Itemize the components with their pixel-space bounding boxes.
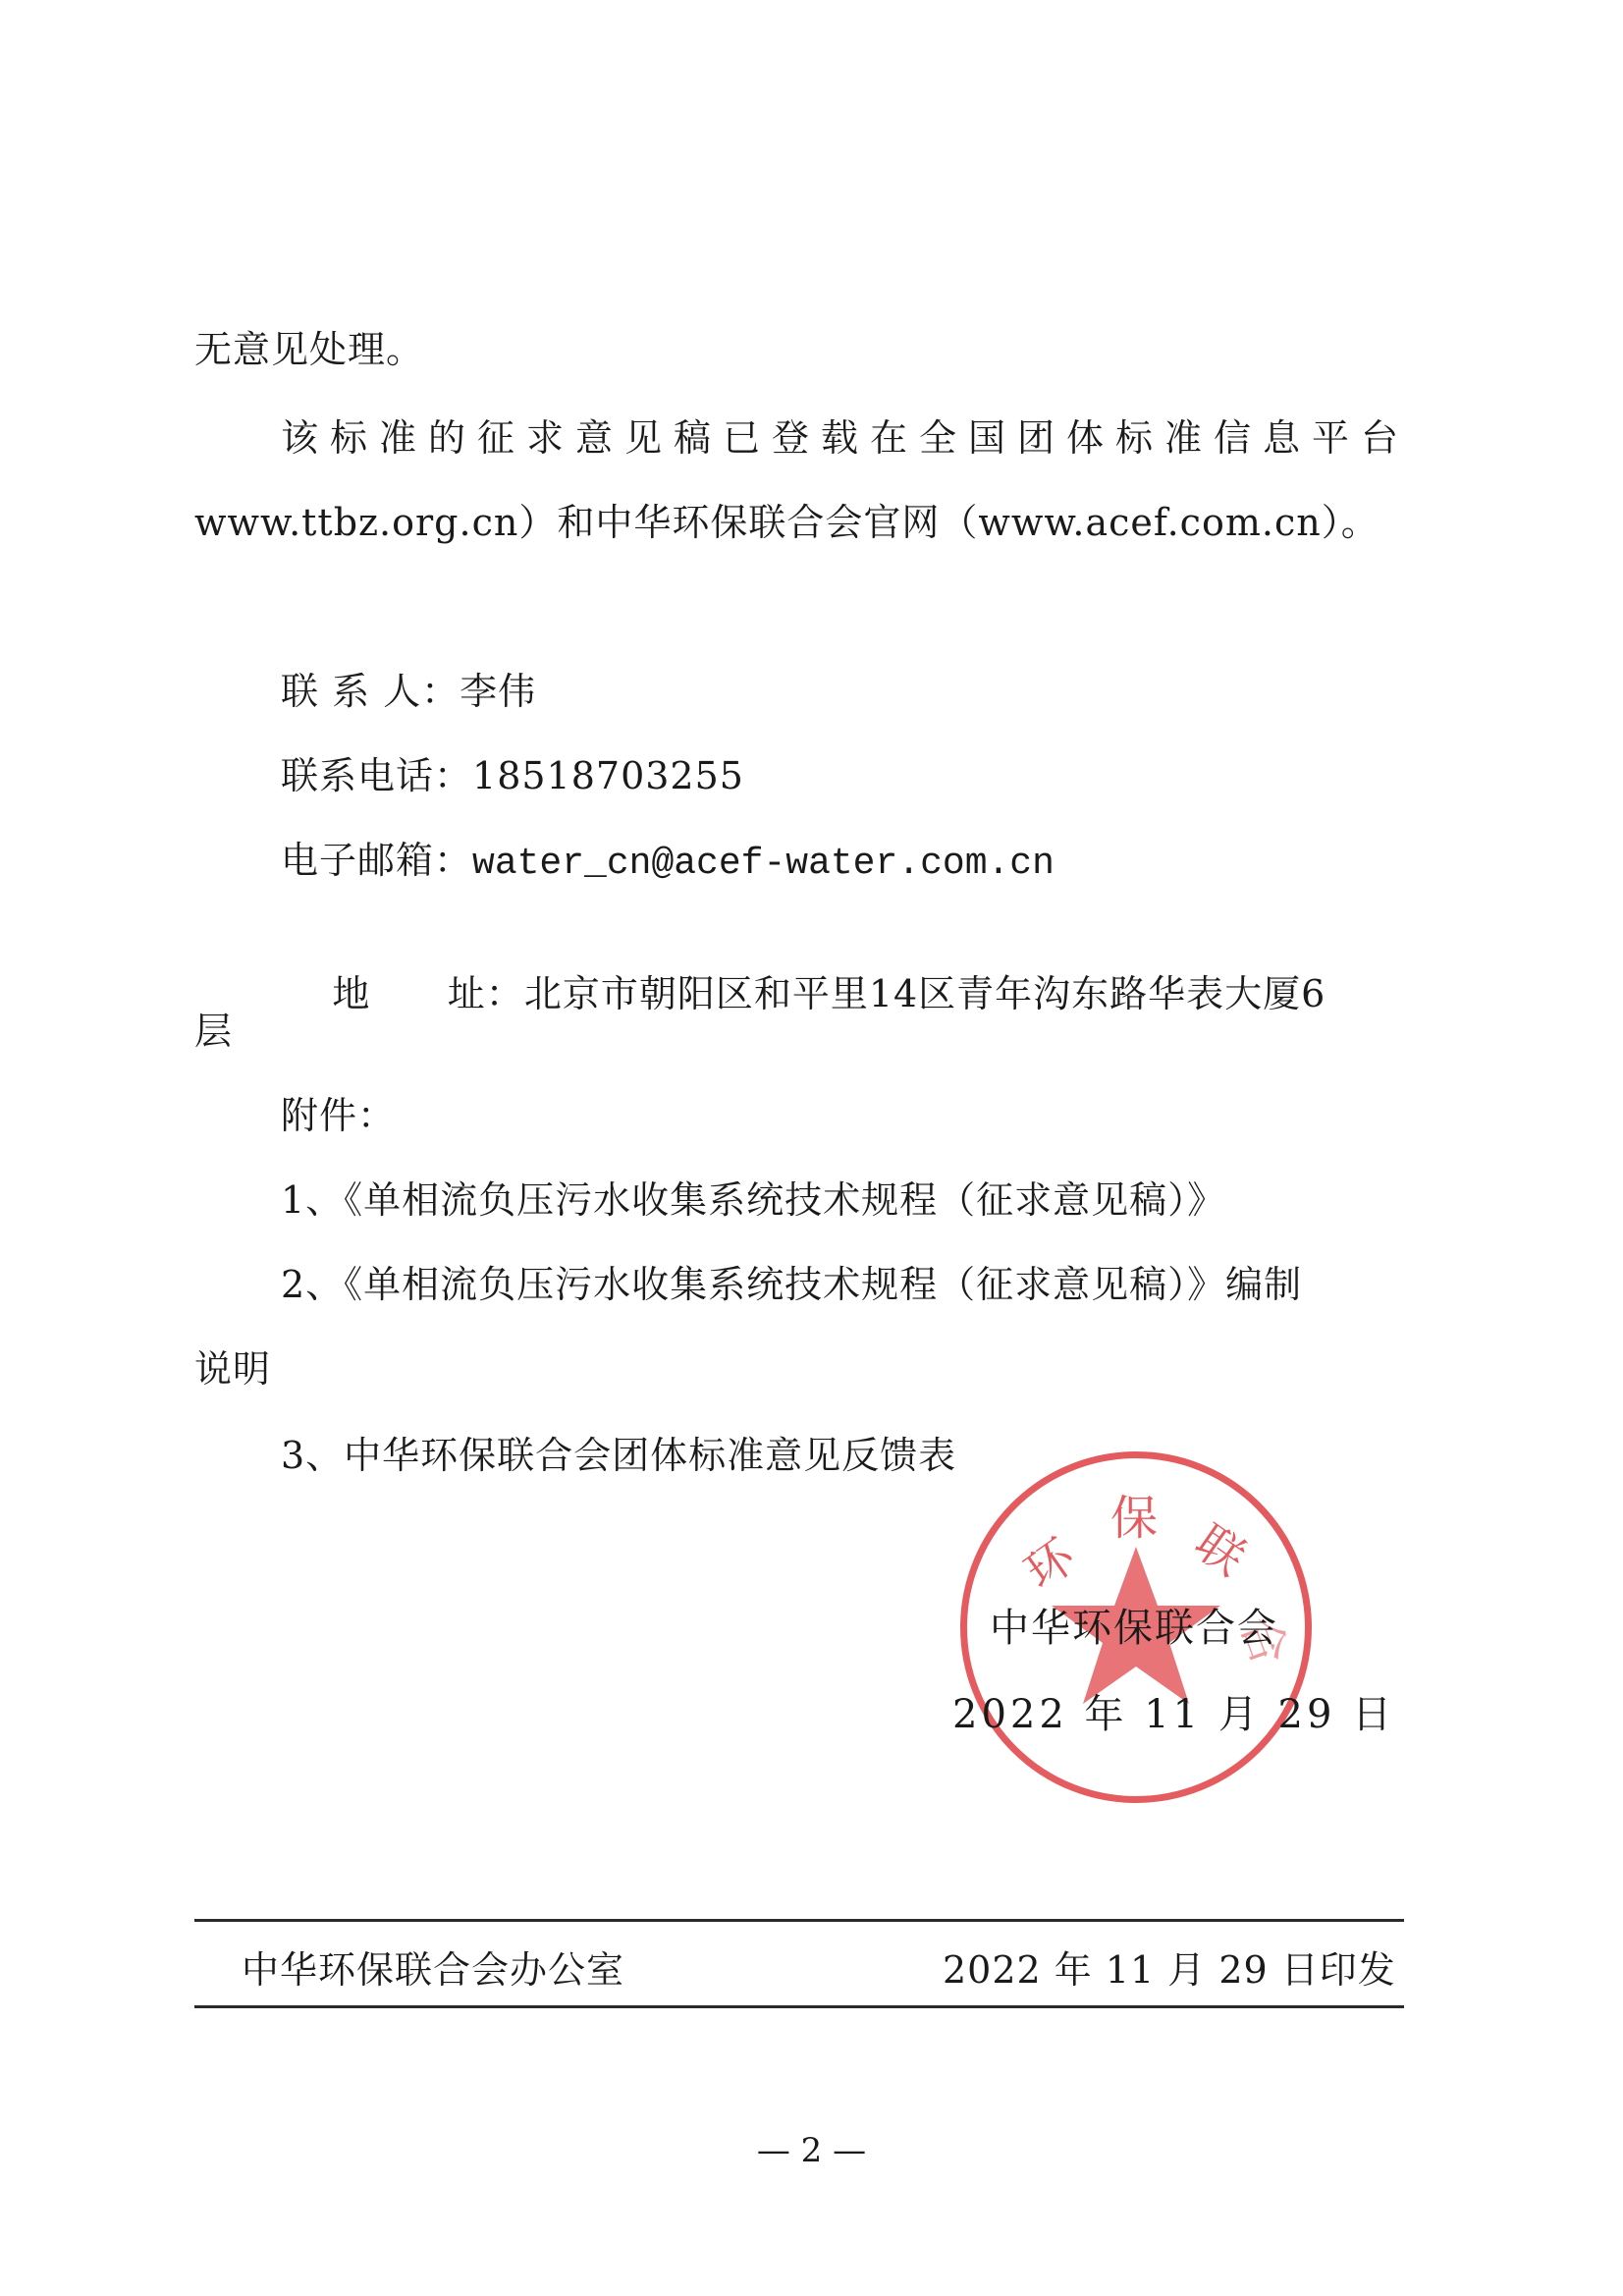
contact-address-label: 地 址： (332, 972, 523, 1015)
signature-date: 2022 年 11 月 29 日 (952, 1691, 1395, 1738)
contact-person-value: 李伟 (460, 670, 536, 713)
attachments-heading: 附件： (281, 1092, 396, 1139)
contact-email-label: 电子邮箱： (281, 839, 472, 882)
attachment-item-3: 3、中华环保联合会团体标准意见反馈表 (281, 1432, 956, 1479)
contact-email-value: water_cn@acef-water.com.cn (472, 843, 1055, 885)
page-number: — 2 — (0, 2131, 1623, 2170)
footer-issue-date: 2022 年 11 月 29 日印发 (943, 1946, 1396, 1994)
contact-phone-value: 18518703255 (472, 754, 744, 797)
attachment-item-2-wrap: 说明 (194, 1345, 271, 1393)
contact-address-wrap: 层 (194, 1008, 233, 1055)
contact-email: 电子邮箱：water_cn@acef-water.com.cn (281, 837, 1055, 888)
contact-phone-label: 联系电话： (281, 754, 472, 797)
attachment-item-2: 2、《单相流负压污水收集系统技术规程（征求意见稿）》编制 (281, 1261, 1302, 1308)
paragraph-platform-line2: www.ttbz.org.cn）和中华环保联合会官网（www.acef.com.… (194, 499, 1380, 546)
contact-address: 地 址：北京市朝阳区和平里14区青年沟东路华表大厦6 (281, 923, 1325, 1065)
paragraph-platform-line1: 该标准的征求意见稿已登载在全国团体标准信息平台 (281, 414, 1410, 462)
footer-top-rule (194, 1919, 1404, 1922)
signature-org: 中华环保联合会 (990, 1605, 1278, 1652)
contact-person: 联 系 人：李伟 (281, 668, 536, 715)
paragraph-tail: 无意见处理。 (194, 326, 424, 373)
attachment-item-1: 1、《单相流负压污水收集系统技术规程（征求意见稿）》 (281, 1176, 1225, 1224)
stamp-ring-char: 保 (1110, 1480, 1158, 1548)
footer-bottom-rule (194, 2005, 1404, 2008)
contact-phone: 联系电话：18518703255 (281, 752, 744, 799)
contact-address-value: 北京市朝阳区和平里14区青年沟东路华表大厦6 (524, 972, 1326, 1015)
contact-person-label: 联 系 人： (281, 670, 460, 713)
footer-office: 中华环保联合会办公室 (242, 1946, 624, 1994)
